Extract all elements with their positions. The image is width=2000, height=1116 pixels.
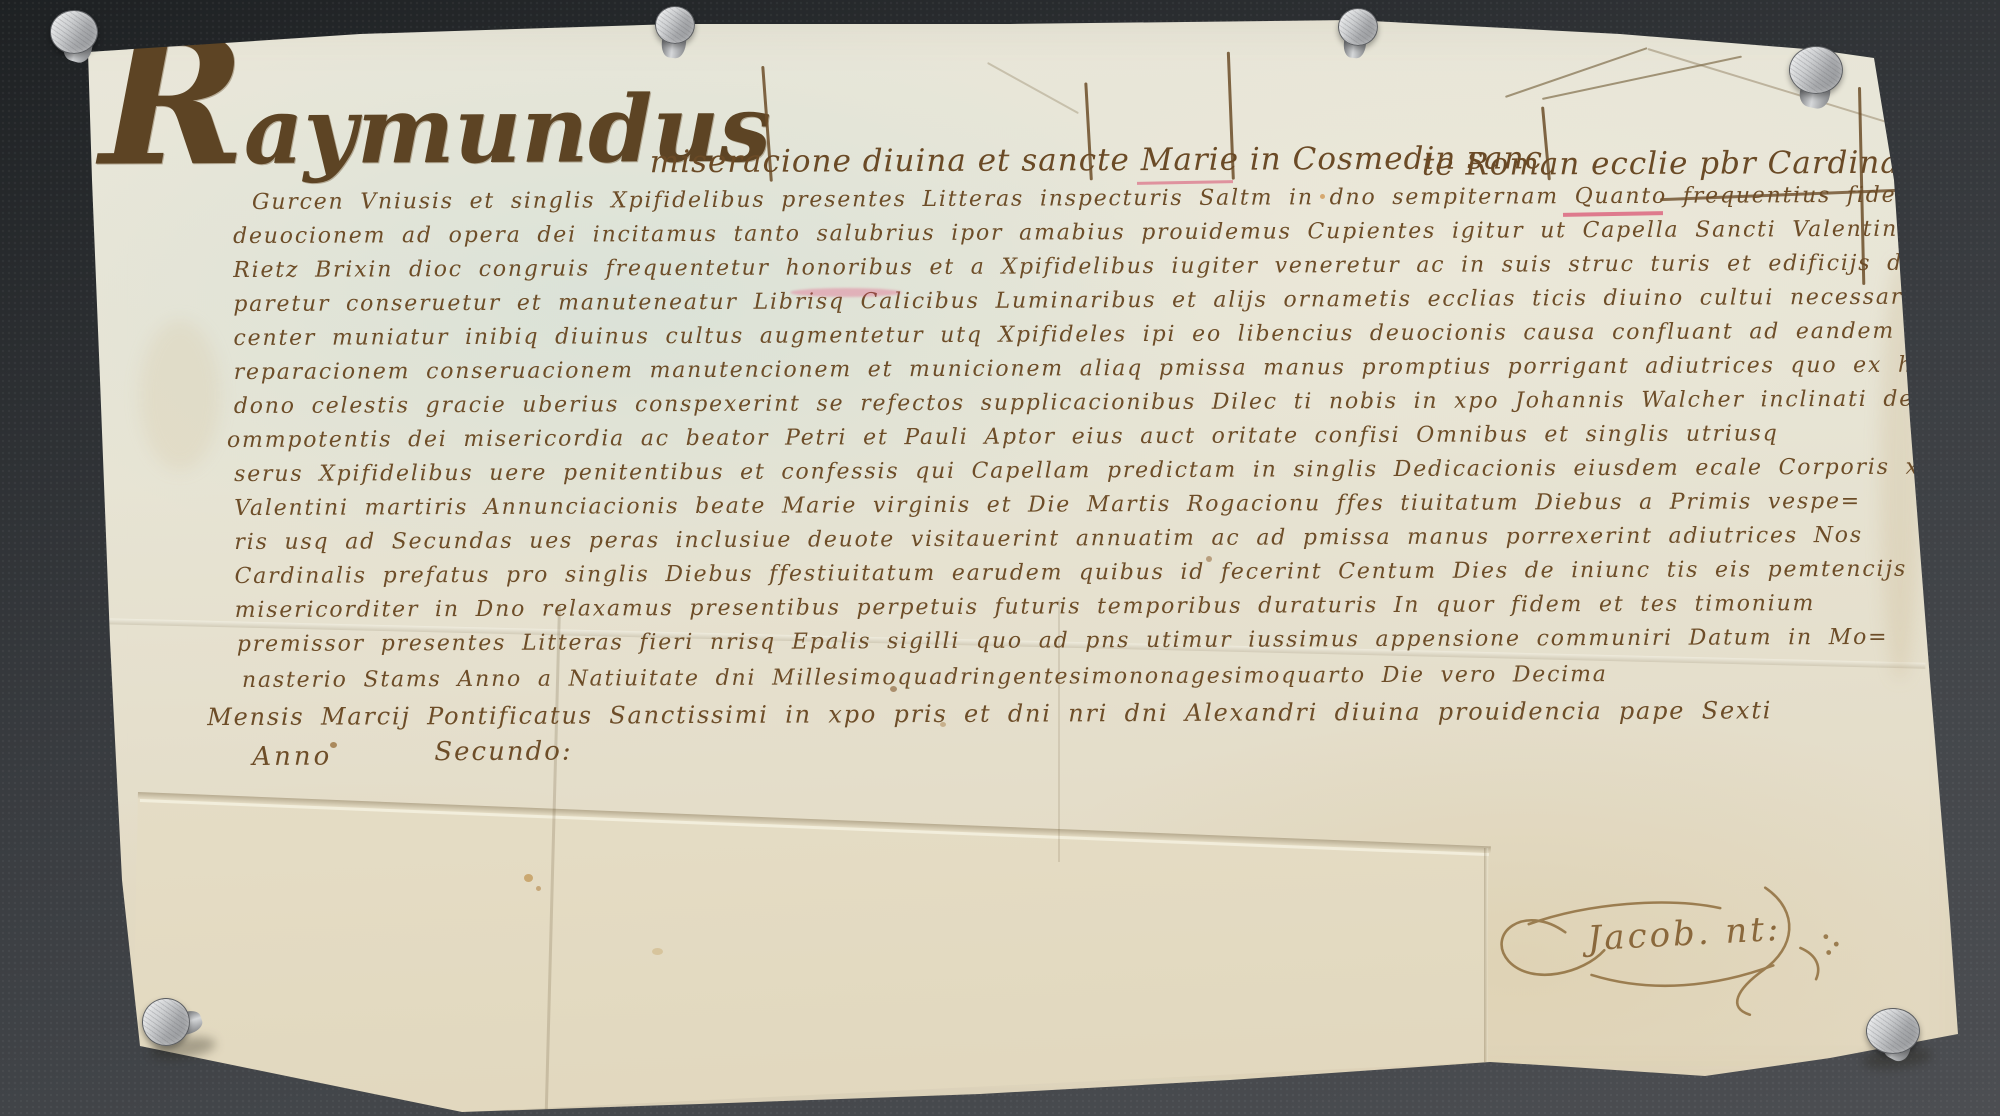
text-line: ris usq ad Secundas ues peras inclusiue … — [234, 523, 1863, 555]
red-smudge — [790, 288, 902, 297]
closing-anno: Anno — [252, 742, 332, 772]
text-line: center muniatur inibiq diuinus cultus au… — [233, 318, 1986, 351]
closing-secundo: Secundo: — [434, 737, 572, 768]
manuscript-photo: { "scene": { "description": "Medieval pa… — [0, 0, 2000, 1116]
text-line: dono celestis gracie uberius conspexerin… — [234, 387, 1914, 419]
text-line: Valentini martiris Annunciacionis beate … — [234, 489, 1861, 521]
text-line: ommpotentis dei misericordia ac beator P… — [227, 421, 1779, 453]
text-line: Cardinalis prefatus pro singlis Diebus f… — [235, 557, 1908, 589]
text-line: paretur conseruetur et manuteneatur Libr… — [233, 284, 2000, 317]
notary-signature: Jacob. nt: — [1466, 847, 1904, 1039]
text-line: reparacionem conseruacionem manutencione… — [234, 352, 2000, 385]
text-line: Mensis Marcij Pontificatus Sanctissimi i… — [207, 696, 1772, 731]
opening-line-left: miseracione diuina et sancte Marie in Co… — [650, 140, 1543, 180]
text-line: misericorditer in Dno relaxamus presenti… — [235, 591, 1816, 623]
opening-line-right: te Roman ecclie pbr Cardinalis — [1422, 145, 1939, 183]
text-line: serus Xpifidelibus uere penitentibus et … — [234, 455, 1945, 487]
text-line: Rietz Brixin dioc congruis frequentetur … — [233, 250, 2000, 283]
text-line: premissor presentes Litteras fieri nrisq… — [237, 625, 1889, 657]
text-line: nasterio Stams Anno a Natiuitate dni Mil… — [242, 662, 1608, 693]
initial-letter: R — [99, 14, 244, 191]
text-line: deuocionem ad opera dei incitamus tanto … — [233, 217, 1947, 249]
parchment: Raymundus miseracione diuina et sancte M… — [0, 0, 2000, 1116]
